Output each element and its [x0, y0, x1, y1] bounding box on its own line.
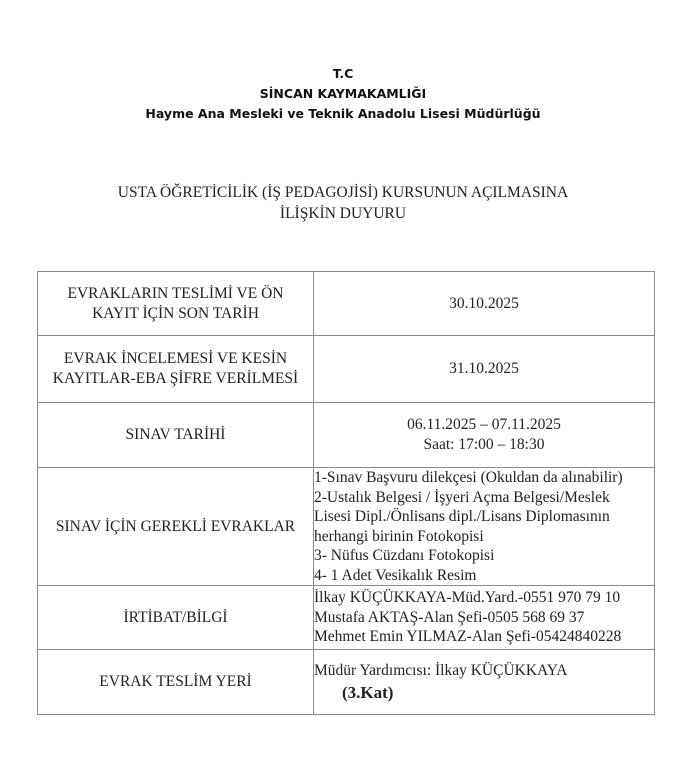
- header-district: SİNCAN KAYMAKAMLIĞI: [0, 86, 686, 101]
- document-item: 4- 1 Adet Vesikalık Resim: [314, 566, 654, 586]
- table-row: SINAV İÇİN GEREKLİ EVRAKLAR 1-Sınav Başv…: [38, 468, 655, 586]
- row-label: SINAV TARİHİ: [38, 403, 314, 468]
- announcement-table: EVRAKLARIN TESLİMİ VE ÖN KAYIT İÇİN SON …: [37, 271, 655, 715]
- delivery-person: Müdür Yardımcısı: İlkay KÜÇÜKKAYA: [314, 661, 654, 681]
- header-tc: T.C: [0, 66, 686, 81]
- row-label: EVRAK TESLİM YERİ: [38, 650, 314, 715]
- label-line: EVRAK İNCELEMESİ VE KESİN: [38, 349, 313, 369]
- row-value: Müdür Yardımcısı: İlkay KÜÇÜKKAYA (3.Kat…: [314, 650, 655, 715]
- label-line: EVRAKLARIN TESLİMİ VE ÖN: [38, 284, 313, 304]
- announcement-title-line1: USTA ÖĞRETİCİLİK (İŞ PEDAGOJİSİ) KURSUNU…: [0, 182, 686, 203]
- row-value: 06.11.2025 – 07.11.2025 Saat: 17:00 – 18…: [314, 403, 655, 468]
- exam-dates: 06.11.2025 – 07.11.2025: [314, 415, 654, 435]
- table-row: EVRAK İNCELEMESİ VE KESİN KAYITLAR-EBA Ş…: [38, 336, 655, 403]
- label-line: SINAV İÇİN GEREKLİ EVRAKLAR: [38, 517, 313, 537]
- announcement-title-line2: İLİŞKİN DUYURU: [0, 203, 686, 224]
- review-date: 31.10.2025: [314, 359, 654, 379]
- deadline-date: 30.10.2025: [314, 294, 654, 314]
- label-line: EVRAK TESLİM YERİ: [38, 672, 313, 692]
- document-item: 1-Sınav Başvuru dilekçesi (Okuldan da al…: [314, 468, 654, 488]
- label-line: KAYIT İÇİN SON TARİH: [38, 304, 313, 324]
- row-value: 30.10.2025: [314, 272, 655, 336]
- row-value: İlkay KÜÇÜKKAYA-Müd.Yard.-0551 970 79 10…: [314, 586, 655, 650]
- floor-note: (3.Kat): [314, 683, 393, 703]
- header-school: Hayme Ana Mesleki ve Teknik Anadolu Lise…: [0, 106, 686, 121]
- label-line: KAYITLAR-EBA ŞİFRE VERİLMESİ: [38, 369, 313, 389]
- contact-item: İlkay KÜÇÜKKAYA-Müd.Yard.-0551 970 79 10: [314, 588, 654, 608]
- document-item: Lisesi Dipl./Önlisans dipl./Lisans Diplo…: [314, 507, 654, 527]
- row-label: SINAV İÇİN GEREKLİ EVRAKLAR: [38, 468, 314, 586]
- row-label: İRTİBAT/BİLGİ: [38, 586, 314, 650]
- label-line: SINAV TARİHİ: [38, 425, 313, 445]
- document-item: 3- Nüfus Cüzdanı Fotokopisi: [314, 546, 654, 566]
- row-label: EVRAKLARIN TESLİMİ VE ÖN KAYIT İÇİN SON …: [38, 272, 314, 336]
- document-item: 2-Ustalık Belgesi / İşyeri Açma Belgesi/…: [314, 488, 654, 508]
- row-value: 1-Sınav Başvuru dilekçesi (Okuldan da al…: [314, 468, 655, 586]
- table-row: EVRAK TESLİM YERİ Müdür Yardımcısı: İlka…: [38, 650, 655, 715]
- exam-time: Saat: 17:00 – 18:30: [314, 435, 654, 455]
- row-value: 31.10.2025: [314, 336, 655, 403]
- contact-item: Mehmet Emin YILMAZ-Alan Şefi-05424840228: [314, 627, 654, 647]
- document-item: herhangi birinin Fotokopisi: [314, 527, 654, 547]
- label-line: İRTİBAT/BİLGİ: [38, 608, 313, 628]
- contact-item: Mustafa AKTAŞ-Alan Şefi-0505 568 69 37: [314, 608, 654, 628]
- table-row: SINAV TARİHİ 06.11.2025 – 07.11.2025 Saa…: [38, 403, 655, 468]
- row-label: EVRAK İNCELEMESİ VE KESİN KAYITLAR-EBA Ş…: [38, 336, 314, 403]
- table-row: İRTİBAT/BİLGİ İlkay KÜÇÜKKAYA-Müd.Yard.-…: [38, 586, 655, 650]
- table-row: EVRAKLARIN TESLİMİ VE ÖN KAYIT İÇİN SON …: [38, 272, 655, 336]
